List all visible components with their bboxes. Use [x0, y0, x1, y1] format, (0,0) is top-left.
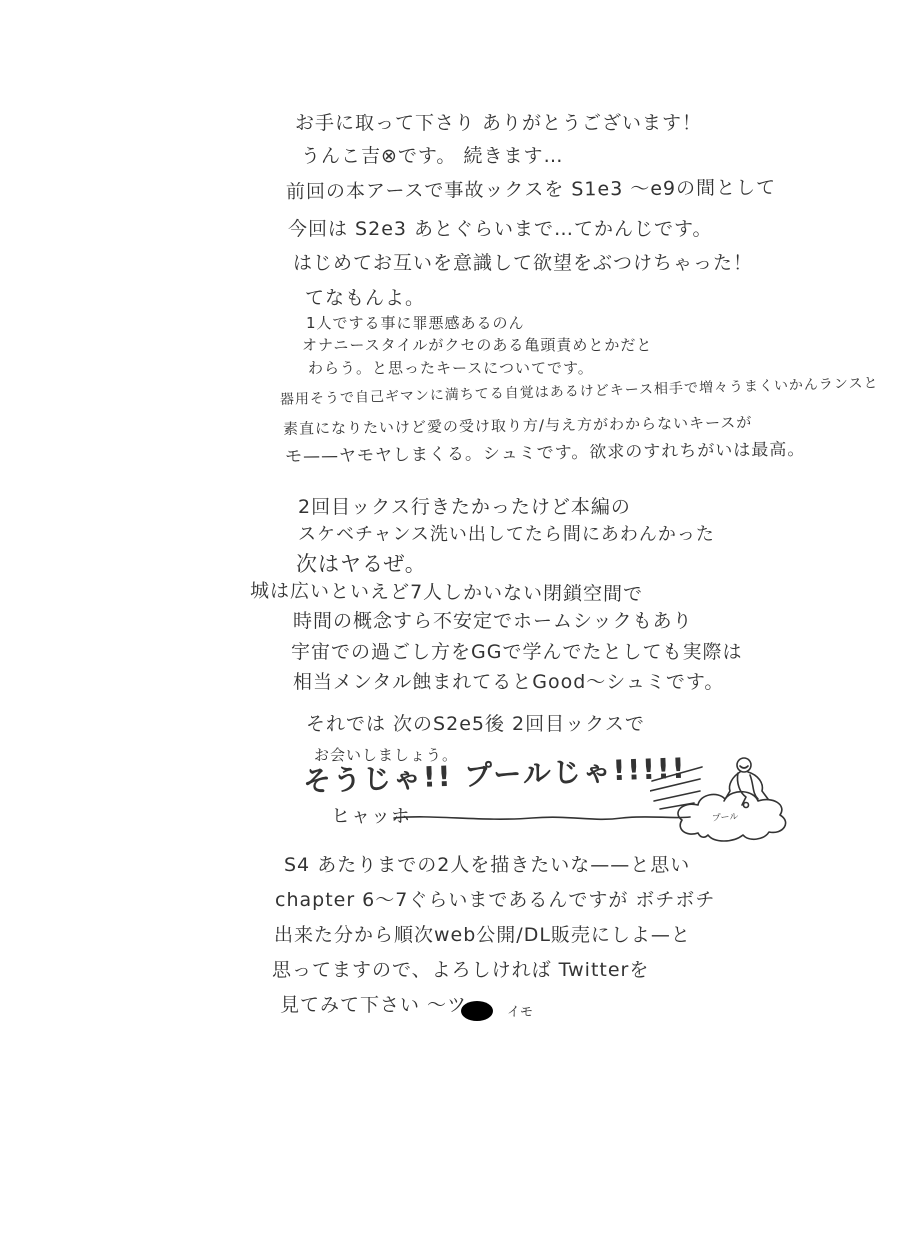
speed-lines [650, 767, 702, 809]
afterword-line: お手に取って下さり ありがとうございます！ [295, 112, 702, 135]
potato-doodle-label: イモ [507, 1001, 533, 1020]
afterword-line: 出来た分から順次web公開/DL販売にしよ—と [274, 924, 691, 947]
afterword-line: はじめてお互いを意識して欲望をぶつけちゃった！ [293, 252, 753, 275]
afterword-line: 次はヤるぜ。 [296, 552, 427, 577]
rider [724, 758, 768, 805]
afterword-line: S4 あたりまでの2人を描きたいな——と思い [284, 854, 690, 877]
pool-doodle-label: プール [711, 811, 738, 824]
afterword-line: 器用そうで自己ギマンに満ちてる自覚はあるけどキース相手で増々うまくいかんランスと [280, 375, 879, 409]
afterword-line: うんこ吉⊗です。 続きます… [301, 145, 563, 168]
afterword-line: 1人でする事に罪悪感あるのん [306, 314, 525, 332]
afterword-line: わらう。と思ったキースについてです。 [308, 359, 594, 377]
afterword-line: スケベチャンス洗い出してたら間にあわんかった [298, 524, 715, 546]
afterword-line: 素直になりたいけど愛の受け取り方/与え方がわからないキースが [283, 413, 753, 438]
afterword-line: 今回は S2e3 あとぐらいまで…てかんじです。 [288, 218, 713, 241]
afterword-line: てなもんよ。 [305, 287, 425, 310]
potato-doodle: イモ [455, 992, 533, 1028]
afterword-page: お手に取って下さり ありがとうございます！ うんこ吉⊗です。 続きます… 前回の… [0, 0, 900, 1260]
afterword-line: 相当メンタル蝕まれてるとGood〜シュミです。 [293, 671, 724, 694]
afterword-line: chapter 6〜7ぐらいまであるんですが ボチボチ [275, 889, 715, 912]
afterword-line: モ——ヤモヤしまくる。シュミです。欲求のすれちがいは最高。 [285, 440, 806, 468]
afterword-line: 見てみて下さい 〜ツ [280, 994, 467, 1017]
long-dash-line [392, 806, 692, 832]
pool-rider-doodle: プール [650, 745, 800, 849]
afterword-line: 思ってますので、よろしければ Twitterを [272, 959, 649, 982]
afterword-line: 宇宙での過ごし方をGGで学んでたとしても実際は [291, 641, 742, 664]
afterword-line: 時間の概念すら不安定でホームシックもあり [293, 610, 693, 633]
afterword-line: 城は広いといえど7人しかいない閉鎖空間で [250, 580, 643, 606]
afterword-line: 2回目ックス行きたかったけど本編の [298, 496, 631, 519]
afterword-line: オナニースタイルがクセのある亀頭責めとかだと [302, 336, 652, 354]
afterword-line: それでは 次のS2e5後 2回目ックスで [306, 713, 645, 736]
afterword-line: 前回の本アースで事故ックスを S1e3 〜e9の間として [286, 177, 776, 204]
